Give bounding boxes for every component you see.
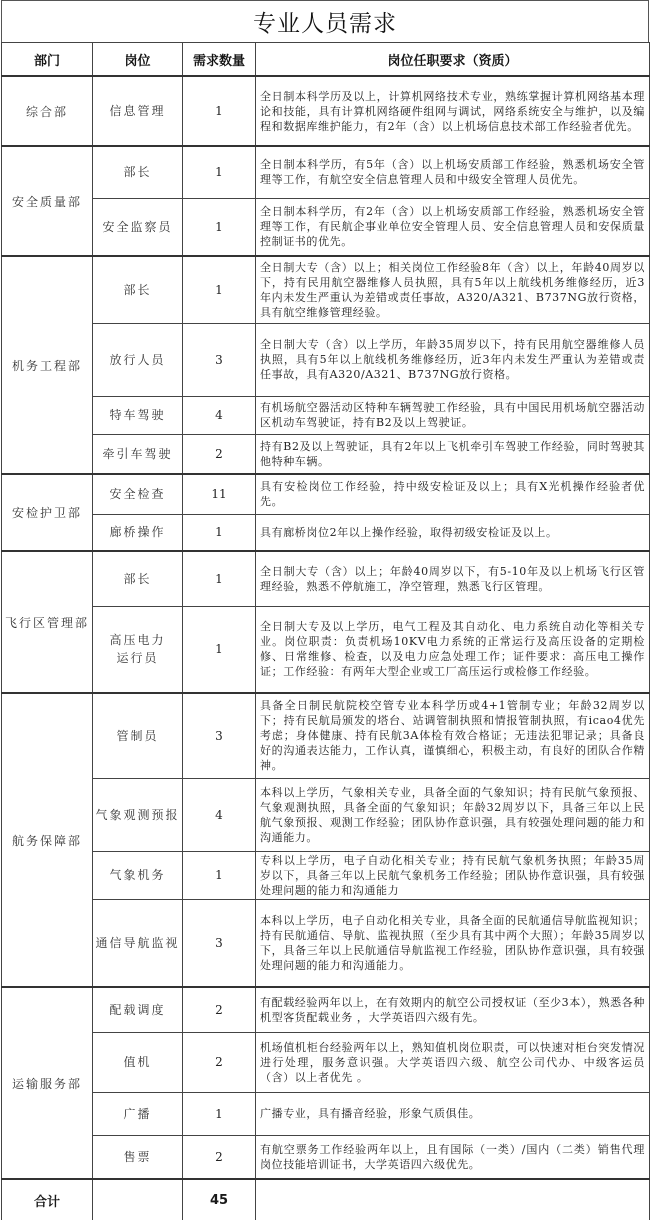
header-requirements: 岗位任职要求（资质）	[256, 43, 650, 77]
total-count: 45	[183, 1179, 256, 1220]
count-cell: 1	[183, 146, 256, 198]
table-row: 牵引车驾驶2持有B2及以上驾驶证，具有2年以上飞机牵引车驾驶工作经验，同时驾驶其…	[2, 434, 650, 474]
count-cell: 11	[183, 474, 256, 514]
count-cell: 3	[183, 323, 256, 396]
table-row: 运输服务部配载调度2有配载经验两年以上，在有效期内的航空公司授权证（至少3本），…	[2, 987, 650, 1032]
requirements-cell: 专科以上学历，电子自动化相关专业；持有民航气象机务执照；年龄35周岁以下，具备三…	[256, 851, 650, 899]
count-cell: 1	[183, 76, 256, 146]
position-cell: 部长	[93, 256, 183, 323]
requirements-cell: 持有B2及以上驾驶证，具有2年以上飞机牵引车驾驶工作经验，同时驾驶其他特种车辆。	[256, 434, 650, 474]
table-row: 放行人员3全日制大专（含）以上学历，年龄35周岁以下，持有民用航空器维修人员执照…	[2, 323, 650, 396]
table-body: 综合部信息管理1全日制本科学历及以上，计算机网络技术专业，熟练掌握计算机网络基本…	[2, 76, 650, 1179]
total-row: 合计 45	[2, 1179, 650, 1220]
department-cell: 安检护卫部	[2, 474, 93, 551]
requirements-cell: 有机场航空器活动区特种车辆驾驶工作经验，具有中国民用机场航空器活动区机动车驾驶证…	[256, 396, 650, 434]
table-row: 机务工程部部长1全日制大专（含）以上；相关岗位工作经验8年（含）以上，年龄40周…	[2, 256, 650, 323]
requirements-cell: 全日制本科学历，有5年（含）以上机场安质部工作经验，熟悉机场安全管理等工作，有航…	[256, 146, 650, 198]
count-cell: 1	[183, 1092, 256, 1135]
requirements-cell: 全日制本科学历及以上，计算机网络技术专业，熟练掌握计算机网络基本理论和技能，具有…	[256, 76, 650, 146]
requirements-cell: 全日制大专及以上学历，电气工程及其自动化、电力系统自动化等相关专业。岗位职责：负…	[256, 606, 650, 693]
table-row: 安全质量部部长1全日制本科学历，有5年（含）以上机场安质部工作经验，熟悉机场安全…	[2, 146, 650, 198]
header-count: 需求数量	[183, 43, 256, 77]
header-dept: 部门	[2, 43, 93, 77]
header-row: 部门 岗位 需求数量 岗位任职要求（资质）	[2, 43, 650, 77]
position-cell: 广播	[93, 1092, 183, 1135]
table-row: 广播1广播专业，具有播音经验，形象气质俱佳。	[2, 1092, 650, 1135]
requirements-cell: 全日制大专（含）以上学历，年龄35周岁以下，持有民用航空器维修人员执照，具有5年…	[256, 323, 650, 396]
position-cell: 通信导航监视	[93, 899, 183, 987]
position-cell: 特车驾驶	[93, 396, 183, 434]
table-row: 安全监察员1全日制本科学历，有2年（含）以上机场安质部工作经验，熟悉机场安全管理…	[2, 198, 650, 256]
requirements-cell: 本科以上学历，电子自动化相关专业，具备全面的民航通信导航监视知识；持有民航通信、…	[256, 899, 650, 987]
position-cell: 管制员	[93, 693, 183, 778]
requirements-cell: 有配载经验两年以上，在有效期内的航空公司授权证（至少3本），熟悉各种机型客货配载…	[256, 987, 650, 1032]
count-cell: 1	[183, 606, 256, 693]
count-cell: 4	[183, 778, 256, 851]
department-cell: 机务工程部	[2, 256, 93, 474]
department-cell: 综合部	[2, 76, 93, 146]
position-cell: 安全监察员	[93, 198, 183, 256]
requirements-cell: 本科以上学历，气象相关专业，具备全面的气象知识；持有民航气象预报、气象观测执照，…	[256, 778, 650, 851]
table-row: 综合部信息管理1全日制本科学历及以上，计算机网络技术专业，熟练掌握计算机网络基本…	[2, 76, 650, 146]
total-req	[256, 1179, 650, 1220]
count-cell: 2	[183, 987, 256, 1032]
table-row: 高压电力运行员1全日制大专及以上学历，电气工程及其自动化、电力系统自动化等相关专…	[2, 606, 650, 693]
count-cell: 4	[183, 396, 256, 434]
position-cell: 值机	[93, 1032, 183, 1092]
total-position	[93, 1179, 183, 1220]
position-cell: 部长	[93, 551, 183, 606]
table-row: 气象机务1专科以上学历，电子自动化相关专业；持有民航气象机务执照；年龄35周岁以…	[2, 851, 650, 899]
requirements-cell: 有航空票务工作经验两年以上，且有国际（一类）/国内（二类）销售代理岗位技能培训证…	[256, 1135, 650, 1179]
position-cell: 放行人员	[93, 323, 183, 396]
table-row: 航务保障部管制员3具备全日制民航院校空管专业本科学历或4+1管制专业；年龄32周…	[2, 693, 650, 778]
total-label: 合计	[2, 1179, 93, 1220]
position-cell: 气象机务	[93, 851, 183, 899]
table-row: 特车驾驶4有机场航空器活动区特种车辆驾驶工作经验，具有中国民用机场航空器活动区机…	[2, 396, 650, 434]
count-cell: 1	[183, 851, 256, 899]
table-row: 安检护卫部安全检查11具有安检岗位工作经验，持中级安检证及以上；具有X光机操作经…	[2, 474, 650, 514]
requirements-table: 部门 岗位 需求数量 岗位任职要求（资质） 综合部信息管理1全日制本科学历及以上…	[1, 42, 650, 1220]
table-row: 值机2机场值机柜台经验两年以上，熟知值机岗位职责，可以快速对柜台突发情况进行处理…	[2, 1032, 650, 1092]
table-row: 廊桥操作1具有廊桥岗位2年以上操作经验，取得初级安检证及以上。	[2, 514, 650, 551]
requirements-cell: 具备全日制民航院校空管专业本科学历或4+1管制专业；年龄32周岁以下；持有民航局…	[256, 693, 650, 778]
position-cell: 气象观测预报	[93, 778, 183, 851]
position-cell: 高压电力运行员	[93, 606, 183, 693]
position-cell: 信息管理	[93, 76, 183, 146]
requirements-cell: 全日制本科学历，有2年（含）以上机场安质部工作经验，熟悉机场安全管理等工作，有民…	[256, 198, 650, 256]
requirements-cell: 全日制大专（含）以上；相关岗位工作经验8年（含）以上，年龄40周岁以下，持有民用…	[256, 256, 650, 323]
count-cell: 1	[183, 256, 256, 323]
requirements-cell: 全日制大专（含）以上；年龄40周岁以下，有5-10年及以上机场飞行区管理经验，熟…	[256, 551, 650, 606]
table-row: 售票2有航空票务工作经验两年以上，且有国际（一类）/国内（二类）销售代理岗位技能…	[2, 1135, 650, 1179]
page-title: 专业人员需求	[1, 0, 649, 42]
count-cell: 3	[183, 899, 256, 987]
count-cell: 2	[183, 1135, 256, 1179]
department-cell: 航务保障部	[2, 693, 93, 987]
position-cell: 牵引车驾驶	[93, 434, 183, 474]
position-cell: 部长	[93, 146, 183, 198]
table-row: 飞行区管理部部长1全日制大专（含）以上；年龄40周岁以下，有5-10年及以上机场…	[2, 551, 650, 606]
count-cell: 1	[183, 551, 256, 606]
requirements-cell: 广播专业，具有播音经验，形象气质俱佳。	[256, 1092, 650, 1135]
table-row: 通信导航监视3本科以上学历，电子自动化相关专业，具备全面的民航通信导航监视知识；…	[2, 899, 650, 987]
department-cell: 飞行区管理部	[2, 551, 93, 693]
count-cell: 2	[183, 1032, 256, 1092]
recruitment-sheet: 专业人员需求 部门 岗位 需求数量 岗位任职要求（资质） 综合部信息管理1全日制…	[1, 0, 649, 1220]
department-cell: 安全质量部	[2, 146, 93, 256]
requirements-cell: 具有廊桥岗位2年以上操作经验，取得初级安检证及以上。	[256, 514, 650, 551]
position-cell: 廊桥操作	[93, 514, 183, 551]
requirements-cell: 机场值机柜台经验两年以上，熟知值机岗位职责，可以快速对柜台突发情况进行处理，服务…	[256, 1032, 650, 1092]
count-cell: 2	[183, 434, 256, 474]
position-cell: 配载调度	[93, 987, 183, 1032]
position-cell: 售票	[93, 1135, 183, 1179]
count-cell: 1	[183, 514, 256, 551]
table-row: 气象观测预报4本科以上学历，气象相关专业，具备全面的气象知识；持有民航气象预报、…	[2, 778, 650, 851]
count-cell: 3	[183, 693, 256, 778]
header-position: 岗位	[93, 43, 183, 77]
department-cell: 运输服务部	[2, 987, 93, 1179]
requirements-cell: 具有安检岗位工作经验，持中级安检证及以上；具有X光机操作经验者优先。	[256, 474, 650, 514]
position-cell: 安全检查	[93, 474, 183, 514]
count-cell: 1	[183, 198, 256, 256]
